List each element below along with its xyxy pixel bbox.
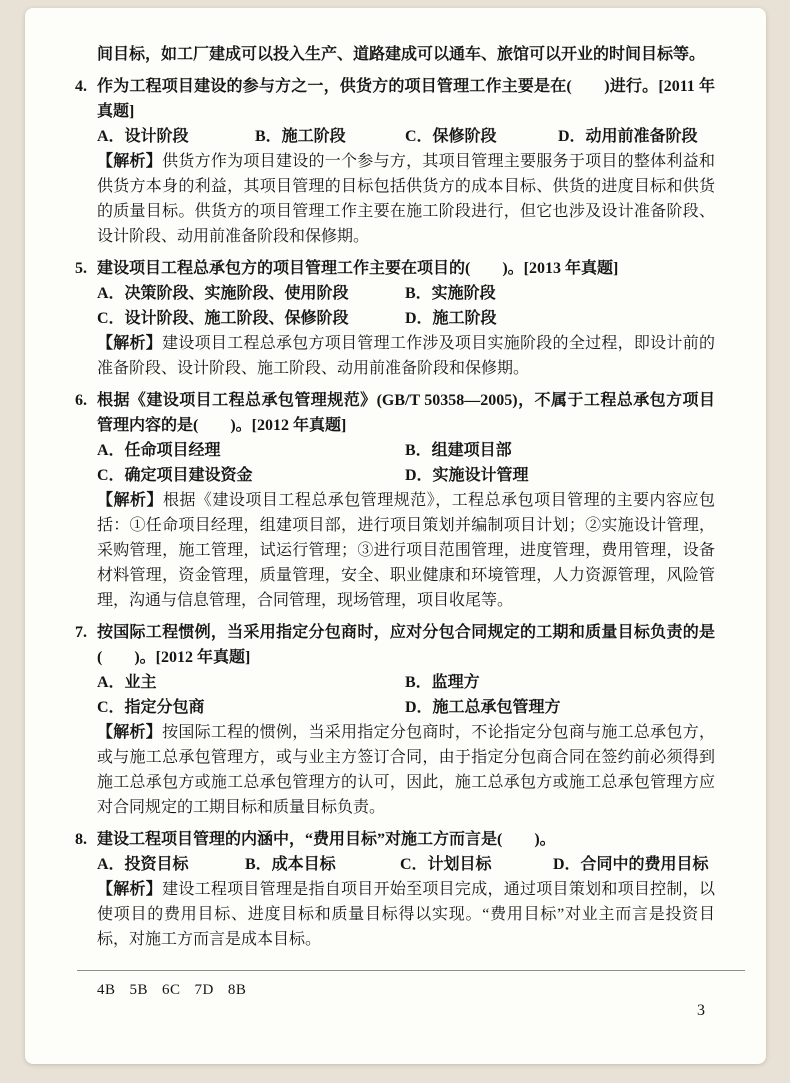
page-content: 间目标，如工厂建成可以投入生产、道路建成可以通车、旅馆可以开业的时间目标等。 4… xyxy=(75,42,715,952)
question-stem: 根据《建设项目工程总承包管理规范》(GB/T 50358—2005)，不属于工程… xyxy=(97,388,715,438)
option-c: C．计划目标 xyxy=(400,852,553,877)
option-d: D．施工阶段 xyxy=(405,306,715,331)
answer-key-item: 5B xyxy=(130,982,149,998)
analysis-label: 【解析】 xyxy=(97,881,162,898)
question-number: 8. xyxy=(75,827,97,952)
analysis-text: 建设项目工程总承包方项目管理工作涉及项目实施阶段的全过程，即设计前的准备阶段、设… xyxy=(97,335,715,377)
question-options: A．业主 B．监理方 C．指定分包商 D．施工总承包管理方 xyxy=(97,670,715,720)
option-b: B．成本目标 xyxy=(245,852,400,877)
option-a: A．决策阶段、实施阶段、使用阶段 xyxy=(97,281,405,306)
option-c: C．保修阶段 xyxy=(405,124,558,149)
analysis-label: 【解析】 xyxy=(97,335,162,352)
question-stem: 建设项目工程总承包方的项目管理工作主要在项目的( )。[2013 年真题] xyxy=(97,256,715,281)
option-a: A．任命项目经理 xyxy=(97,438,405,463)
question-stem: 作为工程项目建设的参与方之一，供货方的项目管理工作主要是在( )进行。[2011… xyxy=(97,74,715,124)
analysis-text: 根据《建设项目工程总承包管理规范》，工程总承包项目管理的主要内容应包括：①任命项… xyxy=(97,492,715,609)
question-5: 5. 建设项目工程总承包方的项目管理工作主要在项目的( )。[2013 年真题]… xyxy=(75,256,715,381)
option-b: B．组建项目部 xyxy=(405,438,715,463)
question-number: 4. xyxy=(75,74,97,249)
question-6: 6. 根据《建设项目工程总承包管理规范》(GB/T 50358—2005)，不属… xyxy=(75,388,715,613)
question-options: A．任命项目经理 B．组建项目部 C．确定项目建设资金 D．实施设计管理 xyxy=(97,438,715,488)
question-analysis: 【解析】按国际工程的惯例，当采用指定分包商时，不论指定分包商与施工总承包方，或与… xyxy=(97,720,715,820)
question-number: 7. xyxy=(75,620,97,820)
option-b: B．实施阶段 xyxy=(405,281,715,306)
question-4: 4. 作为工程项目建设的参与方之一，供货方的项目管理工作主要是在( )进行。[2… xyxy=(75,74,715,249)
answer-key-item: 4B xyxy=(97,982,116,998)
answer-key-item: 6C xyxy=(162,982,181,998)
option-c: C．确定项目建设资金 xyxy=(97,463,405,488)
question-8: 8. 建设工程项目管理的内涵中，“费用目标”对施工方而言是( )。 A．投资目标… xyxy=(75,827,715,952)
option-b: B．施工阶段 xyxy=(255,124,405,149)
book-scan-background: { "page": { "background_color": "#e8e1d5… xyxy=(0,0,790,1083)
option-a: A．业主 xyxy=(97,670,405,695)
option-a: A．投资目标 xyxy=(97,852,245,877)
analysis-label: 【解析】 xyxy=(97,492,163,509)
answer-key: 4B5B6C7D8B xyxy=(97,982,260,999)
option-d: D．合同中的费用目标 xyxy=(553,852,709,877)
analysis-label: 【解析】 xyxy=(97,153,162,170)
question-stem: 按国际工程惯例，当采用指定分包商时，应对分包合同规定的工期和质量目标负责的是( … xyxy=(97,620,715,670)
option-d: D．动用前准备阶段 xyxy=(558,124,698,149)
question-7: 7. 按国际工程惯例，当采用指定分包商时，应对分包合同规定的工期和质量目标负责的… xyxy=(75,620,715,820)
question-number: 6. xyxy=(75,388,97,613)
previous-answer-continuation-text: 间目标，如工厂建成可以投入生产、道路建成可以通车、旅馆可以开业的时间目标等。 xyxy=(97,42,715,67)
analysis-text: 按国际工程的惯例，当采用指定分包商时，不论指定分包商与施工总承包方，或与施工总承… xyxy=(97,724,715,816)
footer-divider-line xyxy=(77,970,745,971)
question-options: A．决策阶段、实施阶段、使用阶段 B．实施阶段 C．设计阶段、施工阶段、保修阶段… xyxy=(97,281,715,331)
option-b: B．监理方 xyxy=(405,670,715,695)
option-d: D．施工总承包管理方 xyxy=(405,695,715,720)
question-stem: 建设工程项目管理的内涵中，“费用目标”对施工方而言是( )。 xyxy=(97,827,715,852)
analysis-label: 【解析】 xyxy=(97,724,162,741)
answer-key-item: 8B xyxy=(228,982,247,998)
book-page: 间目标，如工厂建成可以投入生产、道路建成可以通车、旅馆可以开业的时间目标等。 4… xyxy=(25,8,766,1064)
option-c: C．设计阶段、施工阶段、保修阶段 xyxy=(97,306,405,331)
question-analysis: 【解析】建设项目工程总承包方项目管理工作涉及项目实施阶段的全过程，即设计前的准备… xyxy=(97,331,715,381)
analysis-text: 建设工程项目管理是指自项目开始至项目完成，通过项目策划和项目控制，以使项目的费用… xyxy=(97,881,715,948)
question-analysis: 【解析】建设工程项目管理是指自项目开始至项目完成，通过项目策划和项目控制，以使项… xyxy=(97,877,715,952)
option-a: A．设计阶段 xyxy=(97,124,255,149)
answer-key-item: 7D xyxy=(195,982,214,998)
page-number: 3 xyxy=(697,1002,705,1020)
question-options: A．设计阶段 B．施工阶段 C．保修阶段 D．动用前准备阶段 xyxy=(97,124,715,149)
question-analysis: 【解析】根据《建设项目工程总承包管理规范》，工程总承包项目管理的主要内容应包括：… xyxy=(97,488,715,613)
question-options: A．投资目标 B．成本目标 C．计划目标 D．合同中的费用目标 xyxy=(97,852,715,877)
option-d: D．实施设计管理 xyxy=(405,463,715,488)
question-number: 5. xyxy=(75,256,97,381)
option-c: C．指定分包商 xyxy=(97,695,405,720)
analysis-text: 供货方作为项目建设的一个参与方，其项目管理主要服务于项目的整体利益和供货方本身的… xyxy=(97,153,715,245)
question-analysis: 【解析】供货方作为项目建设的一个参与方，其项目管理主要服务于项目的整体利益和供货… xyxy=(97,149,715,249)
